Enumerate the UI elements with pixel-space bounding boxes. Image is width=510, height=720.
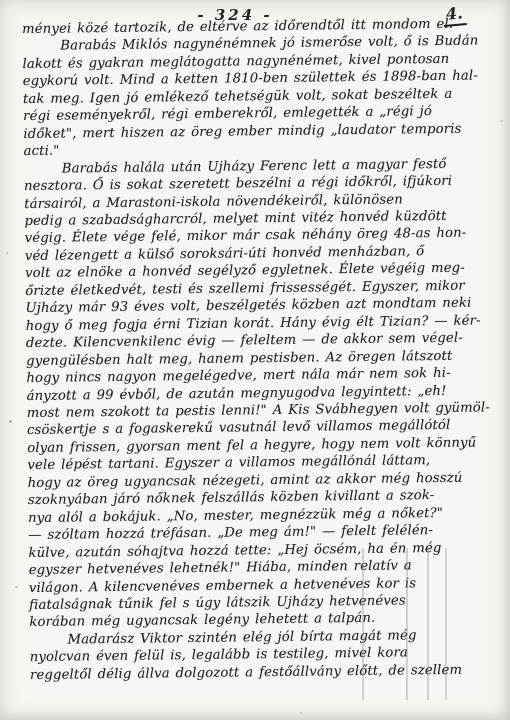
scan-speck [15, 586, 18, 588]
scan-speck [500, 120, 503, 122]
scan-speck [300, 712, 302, 714]
manuscript-page: - 324 - 4. ményei közé tartozik, de elté… [0, 0, 510, 720]
scan-speck [9, 420, 12, 423]
manuscript-text: ményei közé tartozik, de eltérve az időr… [22, 15, 508, 684]
scan-speck [6, 252, 8, 254]
